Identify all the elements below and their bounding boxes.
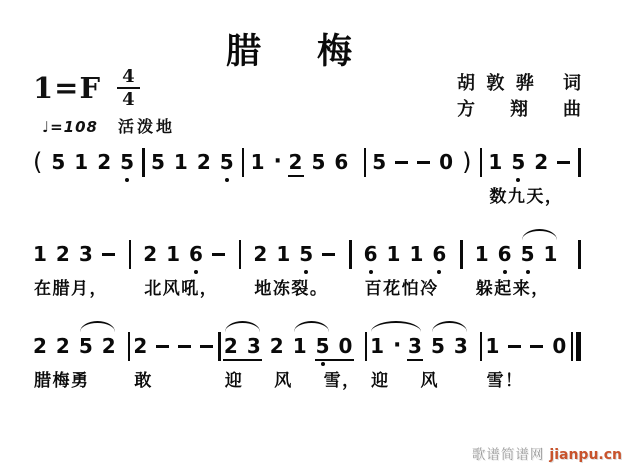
sheet-music-page: { "header": { "title": "腊梅", "key_signat… xyxy=(0,0,643,474)
note: 1 xyxy=(166,242,180,266)
lyric-text xyxy=(151,186,236,209)
beam-line xyxy=(288,175,304,178)
note: 2 xyxy=(33,334,47,358)
note: 1 xyxy=(293,334,307,358)
expression-text: 活泼地 xyxy=(118,118,175,136)
measure-notes: 216 xyxy=(143,242,227,266)
measure: 152数九天， xyxy=(488,150,572,209)
note: 1 xyxy=(387,242,401,266)
beam-line xyxy=(223,359,262,362)
note: 5 xyxy=(151,150,165,174)
measure: 216北风吼， xyxy=(143,242,227,301)
note: ) xyxy=(462,150,471,174)
final-barline-thin xyxy=(571,332,573,361)
slur-arc xyxy=(522,229,557,240)
slur-arc xyxy=(432,321,467,332)
note: 5 xyxy=(372,150,386,174)
note: 1 xyxy=(174,150,188,174)
lyric-text: 在腊月， xyxy=(33,278,117,301)
lyric-text: 迎 风 雪， xyxy=(224,370,362,393)
note: ( xyxy=(33,150,42,174)
measure: 1·353迎 风 xyxy=(370,334,477,393)
note: 2 xyxy=(289,150,303,174)
measure-notes: 1651 xyxy=(475,242,567,266)
measure-notes: 215 xyxy=(253,242,337,266)
note: 2 xyxy=(534,150,548,174)
watermark: 歌谱简谱网jianpu.cn xyxy=(472,444,622,463)
note: 6 xyxy=(364,242,378,266)
lyric-text xyxy=(33,186,136,209)
watermark-site-name: 歌谱简谱网 xyxy=(472,447,545,463)
note: 1 xyxy=(488,150,502,174)
key-signature: 1=F xyxy=(33,70,101,106)
note xyxy=(557,161,570,164)
note: 1 xyxy=(74,150,88,174)
note xyxy=(322,253,335,256)
time-signature: 4 4 xyxy=(117,67,140,109)
note: 3 xyxy=(408,334,422,358)
note: 2 xyxy=(97,150,111,174)
measure-notes: 232150 xyxy=(224,334,362,358)
note: 1 xyxy=(485,334,499,358)
final-barline-thick xyxy=(576,332,581,361)
note: 5 xyxy=(299,242,313,266)
barline xyxy=(128,332,131,361)
slur-arc xyxy=(294,321,329,332)
final-barline xyxy=(571,332,581,361)
lyric-text: 迎 风 xyxy=(370,370,477,393)
time-signature-denominator: 4 xyxy=(122,89,135,109)
measure: 1·256 xyxy=(251,150,358,209)
note: 0 xyxy=(339,334,353,358)
note: 1 xyxy=(409,242,423,266)
barline xyxy=(349,240,352,269)
note xyxy=(156,345,169,348)
measure: 215地冻裂。 xyxy=(253,242,337,301)
measure-notes: (5125 xyxy=(33,150,136,174)
slur-arc xyxy=(371,321,421,332)
lyricist-credit: 胡敦骅 词 xyxy=(457,71,581,97)
barline xyxy=(365,332,368,361)
note xyxy=(417,161,430,164)
measure-notes: 2 xyxy=(133,334,215,358)
barline xyxy=(242,148,245,177)
measure: 5125 xyxy=(151,150,236,209)
note: · xyxy=(393,334,401,358)
measure: 1651躲起来， xyxy=(475,242,567,301)
note: 6 xyxy=(498,242,512,266)
note: 2 xyxy=(133,334,147,358)
note: 6 xyxy=(334,150,348,174)
note: 5 xyxy=(521,242,535,266)
note xyxy=(395,161,408,164)
barline xyxy=(364,148,367,177)
barline xyxy=(578,148,581,177)
note: 1 xyxy=(475,242,489,266)
beam-line xyxy=(407,359,423,362)
note: 5 xyxy=(120,150,134,174)
note: 0 xyxy=(439,150,453,174)
measure-notes: 6116 xyxy=(364,242,449,266)
tempo-mark: ♩=108 xyxy=(42,118,98,136)
barline xyxy=(460,240,463,269)
note: 3 xyxy=(454,334,468,358)
note: 2 xyxy=(270,334,284,358)
lyric-text: 敢 xyxy=(133,370,215,393)
beam-line xyxy=(315,359,354,362)
note: 5 xyxy=(51,150,65,174)
note: 5 xyxy=(311,150,325,174)
note: 2 xyxy=(197,150,211,174)
measure-notes: 1·256 xyxy=(251,150,358,174)
measure: 10雪！ xyxy=(485,334,568,393)
lyric-text: 数九天， xyxy=(488,186,572,209)
slur-arc xyxy=(80,321,115,332)
measure: 2252腊梅勇 xyxy=(33,334,125,393)
barline xyxy=(480,148,483,177)
note: 5 xyxy=(220,150,234,174)
barline xyxy=(578,240,581,269)
note: 0 xyxy=(552,334,566,358)
measure-notes: 5125 xyxy=(151,150,236,174)
barline xyxy=(142,148,145,177)
score-line-2: 123在腊月，216北风吼，215地冻裂。6116百花怕冷1651躲起来， xyxy=(33,242,581,301)
note: 2 xyxy=(102,334,116,358)
sheet-area: 腊梅 1=F 4 4 ♩=108 活泼地 胡敦骅 词 方 翔 曲 (512551… xyxy=(33,0,581,474)
note: 2 xyxy=(253,242,267,266)
lyric-text: 百花怕冷 xyxy=(364,278,449,301)
note: 5 xyxy=(316,334,330,358)
measure: (5125 xyxy=(33,150,136,209)
note xyxy=(508,345,521,348)
note xyxy=(102,253,115,256)
measure: 123在腊月， xyxy=(33,242,117,301)
measure-notes: 1·353 xyxy=(370,334,477,358)
lyric-text: 躲起来， xyxy=(475,278,567,301)
note xyxy=(212,253,225,256)
measure-notes: 2252 xyxy=(33,334,125,358)
lyric-text: 雪！ xyxy=(485,370,568,393)
measure: 2敢 xyxy=(133,334,215,393)
note: · xyxy=(274,150,282,174)
lyric-text: 地冻裂。 xyxy=(253,278,337,301)
credits-block: 胡敦骅 词 方 翔 曲 xyxy=(457,71,581,123)
time-signature-numerator: 4 xyxy=(117,67,140,89)
note: 6 xyxy=(432,242,446,266)
note: 3 xyxy=(79,242,93,266)
note: 2 xyxy=(56,334,70,358)
score-line-1: (512551251·25650)152数九天， xyxy=(33,150,581,209)
barline xyxy=(218,332,221,361)
measure-notes: 123 xyxy=(33,242,117,266)
key-time-signature: 1=F 4 4 xyxy=(33,70,140,109)
barline xyxy=(239,240,242,269)
watermark-site-url: jianpu.cn xyxy=(549,447,622,463)
note: 1 xyxy=(544,242,558,266)
composer-credit: 方 翔 曲 xyxy=(457,97,581,123)
note xyxy=(200,345,213,348)
note: 5 xyxy=(79,334,93,358)
slur-arc xyxy=(225,321,260,332)
lyric-text xyxy=(372,186,473,209)
note: 1 xyxy=(251,150,265,174)
measure-notes: 50) xyxy=(372,150,473,174)
measure-notes: 10 xyxy=(485,334,568,358)
tempo-row: ♩=108 活泼地 xyxy=(42,118,175,136)
lyric-text xyxy=(251,186,358,209)
note xyxy=(530,345,543,348)
song-title: 腊梅 xyxy=(226,33,408,71)
note: 1 xyxy=(33,242,47,266)
barline xyxy=(129,240,132,269)
note: 5 xyxy=(431,334,445,358)
measure-notes: 152 xyxy=(488,150,572,174)
note: 5 xyxy=(511,150,525,174)
barline xyxy=(480,332,483,361)
note: 1 xyxy=(276,242,290,266)
note: 3 xyxy=(247,334,261,358)
measure: 232150迎 风 雪， xyxy=(224,334,362,393)
note: 2 xyxy=(143,242,157,266)
note xyxy=(178,345,191,348)
note: 2 xyxy=(56,242,70,266)
score-line-3: 2252腊梅勇2敢232150迎 风 雪，1·353迎 风10雪！ xyxy=(33,334,581,393)
note: 2 xyxy=(224,334,238,358)
lyric-text: 腊梅勇 xyxy=(33,370,125,393)
measure: 6116百花怕冷 xyxy=(364,242,449,301)
lyric-text: 北风吼， xyxy=(143,278,227,301)
measure: 50) xyxy=(372,150,473,209)
note: 6 xyxy=(189,242,203,266)
note: 1 xyxy=(370,334,384,358)
